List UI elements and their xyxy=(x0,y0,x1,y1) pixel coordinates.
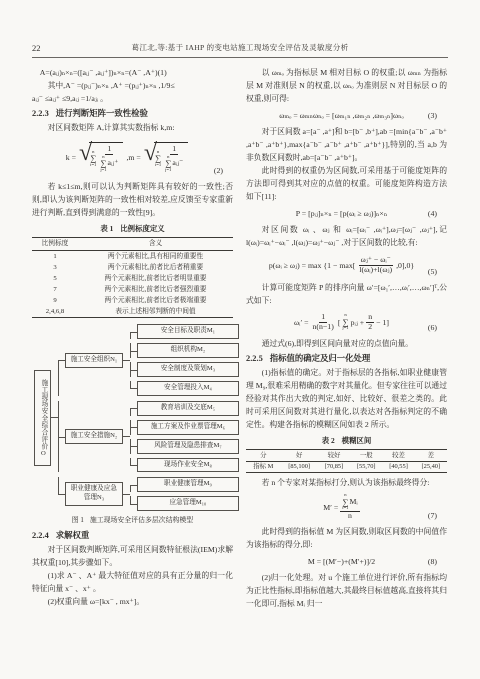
section-heading-2-2-4: 2.2.4 求解权重 xyxy=(32,529,233,542)
paragraph-indicator-value: (1)指标值的确定。对于指标层的各指标,如职业健康管理 M₉,很难采用精确的数字… xyxy=(246,366,447,431)
paragraph-interval-mult: 对于区间数 a=[a⁻ ,a⁺]和 b=[b⁻ ,b⁺],ab =[min{a⁻… xyxy=(246,125,447,164)
column-header: 分 xyxy=(246,450,281,462)
connector-line xyxy=(123,360,130,361)
table-2-caption: 表 2模糊区间 xyxy=(246,434,447,447)
cell: 两个元素相比,前者比后者强烈重要 xyxy=(78,284,233,295)
table-1-caption: 表 1比例标度定义 xyxy=(32,222,233,235)
leaf-node: 教育培训及交底M₅ xyxy=(137,401,239,416)
branch-n1: 施工安全组织N₁ 安全目标及职责M₁ 组织机构M₂ 安全制度及策划M₃ 安全管理… xyxy=(58,324,239,396)
left-column: A=(aᵢⱼ)ₙ×ₙ=([aᵢⱼ⁻ ,aᵢⱼ⁺])ₙ×ₙ=(A⁻ ,A⁺)(1)… xyxy=(32,66,233,610)
paragraph-consistency: 若 k≤1≤m,则可以认为判断矩阵具有较好的一致性;否则,即认为该判断矩阵的一致… xyxy=(32,180,233,219)
section-number: 2.2.3 xyxy=(32,107,49,120)
cell: 9 xyxy=(32,295,78,306)
cell: 表示上述相邻判断的中间值 xyxy=(78,306,233,318)
paragraph-normalize: (2)归一化处理。对 u 个施工单位进行评价,所有指标均为正比性指标,即指标值越… xyxy=(246,571,447,610)
sum: n ∑ j=1 xyxy=(342,313,348,331)
fraction: 1 n ∑ j=1 aᵢⱼ⁺ xyxy=(98,145,120,173)
cell: 两个元素相比,前者比后者稍重要 xyxy=(78,262,233,273)
cell: [70,85] xyxy=(318,461,350,473)
outer-sum: n ∑ i=1 xyxy=(90,150,96,168)
inner-sum: n ∑ j=1 xyxy=(100,155,106,173)
table-row: 9两个元素相比,前者比后者极端重要 xyxy=(32,295,233,306)
formula-1-line3: aᵢⱼ⁻ ≤aᵢⱼ⁺ ≤9,aᵢⱼ =1/aⱼᵢ 。 xyxy=(32,92,233,105)
fraction: 1 n(n−1) xyxy=(311,313,336,332)
connector-line xyxy=(123,494,130,495)
fraction: 1 n ∑ j=1 aᵢⱼ⁻ xyxy=(163,145,185,173)
inner-sum: n ∑ j=1 xyxy=(165,155,171,173)
column-header: 较好 xyxy=(318,450,350,462)
leaf-row: 应急管理M₁₀ xyxy=(130,496,239,511)
branch-node: 施工安全措施N₂ xyxy=(65,429,123,444)
table-1: 比例标度 含义 1两个元素相比,具有相同的重要性 3两个元素相比,前者比后者稍重… xyxy=(32,237,233,318)
branch-n2: 施工安全措施N₂ 教育培训及交底M₅ 施工方案及作业票管理M₆ 风险管理及隐患排… xyxy=(58,401,239,473)
formula-2-m-lhs: ,m = xyxy=(126,151,140,164)
cell: 5 xyxy=(32,273,78,284)
leaf-row: 职业健康管理M₉ xyxy=(130,477,239,492)
page-header: 22 葛江北,等:基于 IAHP 的变电站施工现场安全评估及灵敏度分析 xyxy=(32,42,448,58)
formula-6: ωᵢ′ = 1 n(n−1) [ n ∑ j=1 pᵢⱼ + n 2 − 1] … xyxy=(246,310,437,334)
leaf-row: 安全管理投入M₄ xyxy=(130,381,239,396)
leaf-row: 教育培训及交底M₅ xyxy=(130,401,239,416)
page-number: 22 xyxy=(32,43,72,53)
paragraph-step2: (2)权重向量 ω=[kx⁻ , mx⁺]。 xyxy=(32,595,233,608)
formula-4: P = [pᵢⱼ]ₙ×ₙ = [p(ωᵢ ≥ ωⱼ)]ₙ×ₙ (4) xyxy=(246,206,437,220)
cell: [85,100] xyxy=(281,461,318,473)
branch-node: 施工安全组织N₁ xyxy=(65,353,123,368)
table-row: 5两个元素相比,前者比后者明显重要 xyxy=(32,273,233,284)
leaf-node: 安全制度及策划M₃ xyxy=(137,362,239,377)
leaf-node: 施工方案及作业票管理M₆ xyxy=(137,420,239,435)
formula-7: M′ = n ∑ i=1 Mᵢ n (7) xyxy=(246,492,437,522)
equation-number: (4) xyxy=(428,207,437,220)
leaf-row: 组织机构M₂ xyxy=(130,343,239,358)
cell: [25,40] xyxy=(415,461,447,473)
leaf-node: 职业健康管理M₉ xyxy=(137,477,239,492)
fraction: ωⱼ⁺ − ωᵢ⁻ l(ωᵢ)+l(ωⱼ) xyxy=(357,256,394,275)
formula-5: p(ωᵢ ≥ ωⱼ) = max {1 − max[ ωⱼ⁺ − ωᵢ⁻ l(ω… xyxy=(246,252,437,278)
cell: [55,70] xyxy=(350,461,382,473)
paragraph-possibility: 此时得到的权重仍为区间数,可采用基于可能度矩阵的方法即可得到其对应的点值的权重。… xyxy=(246,164,447,203)
equation-number: (5) xyxy=(428,265,437,278)
formula-1-line2: 其中,A⁻ =(pᵢⱼ⁻)ₙ×ₙ ,A⁺ =(pᵢⱼ⁺)ₙ×ₙ ,1/9≤ xyxy=(32,79,233,92)
column-header: 比例标度 xyxy=(32,238,78,251)
section-title: 进行判断矩阵一致性检验 xyxy=(56,107,148,120)
leaf-row: 安全制度及策划M₃ xyxy=(130,362,239,377)
paragraph-experts: 若 n 个专家对某指标打分,则认为该指标最终得分: xyxy=(246,476,447,489)
section-title: 求解权重 xyxy=(56,529,90,542)
fraction: n ∑ i=1 Mᵢ n xyxy=(340,493,359,521)
paragraph-mid-value: 此时得到的指标值 M 为区间数,则取区间数的中间值作为该指标的得分,即: xyxy=(246,525,447,551)
table-row: 1两个元素相比,具有相同的重要性 xyxy=(32,251,233,263)
column-header: 好 xyxy=(281,450,318,462)
leaf-row: 风险管理及隐患排查M₇ xyxy=(130,439,239,454)
table-row: 3两个元素相比,前者比后者稍重要 xyxy=(32,262,233,273)
section-number: 2.2.5 xyxy=(246,352,263,365)
leaf-node: 组织机构M₂ xyxy=(137,343,239,358)
section-number: 2.2.4 xyxy=(32,529,49,542)
cell: 3 xyxy=(32,262,78,273)
equation-number: (3) xyxy=(428,109,437,122)
equation-number: (2) xyxy=(214,164,223,177)
leaf-node: 现场作业安全M₈ xyxy=(137,458,239,473)
paragraph-rank-vector: 计算可能度矩阵 P 的排序向量 ω′=[ω₁′,…,ωᵢ′,…,ωₙ′]ᵀ,公式… xyxy=(246,281,447,307)
running-title: 葛江北,等:基于 IAHP 的变电站施工现场安全评估及灵敏度分析 xyxy=(72,42,408,53)
sqrt-k: √ n ∑ i=1 1 n ∑ xyxy=(79,142,123,173)
two-column-body: A=(aᵢⱼ)ₙ×ₙ=([aᵢⱼ⁻ ,aᵢⱼ⁺])ₙ×ₙ=(A⁻ ,A⁺)(1)… xyxy=(32,66,448,610)
paragraph-k-m-intro: 对区间数矩阵 A,计算其实数指标 k,m: xyxy=(32,121,233,134)
branch-node: 职业健康及应急管理N₃ xyxy=(65,482,123,506)
outer-sum: n ∑ i=1 xyxy=(155,150,161,168)
equation-number: (6) xyxy=(428,321,437,334)
cell: 两个元素相比,具有相同的重要性 xyxy=(78,251,233,263)
column-header: 含义 xyxy=(78,238,233,251)
cell: 指标 M xyxy=(246,461,281,473)
cell: 7 xyxy=(32,284,78,295)
leaf-row: 施工方案及作业票管理M₆ xyxy=(130,420,239,435)
equation-number: (8) xyxy=(428,555,437,568)
connector-line xyxy=(123,436,130,437)
figure-1-tree-diagram: 施工现场安全综合评价O 施工安全组织N₁ 安全目标及职责M₁ 组织机构M₂ 安全… xyxy=(34,324,233,511)
table-2: 分 好 较好 一般 较差 差 指标 M [85,100] [70,85] [55… xyxy=(246,449,447,473)
cell: 两个元素相比,前者比后者明显重要 xyxy=(78,273,233,284)
connector-line xyxy=(51,417,58,418)
leaf-row: 安全目标及职责M₁ xyxy=(130,324,239,339)
section-heading-2-2-3: 2.2.3 进行判断矩阵一致性检验 xyxy=(32,107,233,120)
cell: [40,55] xyxy=(382,461,414,473)
paper-page: 22 葛江北,等:基于 IAHP 的变电站施工现场安全评估及灵敏度分析 A=(a… xyxy=(0,0,480,679)
figure-1-caption: 图 1施工现场安全评估多层次结构模型 xyxy=(32,514,233,527)
figure-root-node: 施工现场安全综合评价O xyxy=(34,370,51,467)
leaf-node: 应急管理M₁₀ xyxy=(137,496,239,511)
right-column: 以 ωₘₒ 为指标层 M 相对目标 O 的权重;以 ωₘₙ 为指标层 M 对准则… xyxy=(246,66,447,610)
paragraph-via-6: 通过式(6),即得到区间向量对应的点值向量。 xyxy=(246,337,447,350)
sum: n ∑ i=1 xyxy=(342,493,348,511)
cell: 两个元素相比,前者比后者极端重要 xyxy=(78,295,233,306)
paragraph-compare: 对区间数 ωᵢ 、ωⱼ 和 ωᵢ=[ωᵢ⁻ ,ωᵢ⁺],ωⱼ=[ωⱼ⁻ ,ωⱼ⁺… xyxy=(246,223,447,249)
paragraph-iem: 对于区间数判断矩阵,可采用区间数特征根法(IEM)求解其权重[10],其步骤如下… xyxy=(32,543,233,569)
section-title: 指标值的确定及归一化处理 xyxy=(270,352,371,365)
table-row: 2,4,6,8表示上述相邻判断的中间值 xyxy=(32,306,233,318)
paragraph-step1: (1)求 A⁻ 、A⁺ 最大特征值对应的具有正分量的归一化特征向量 x⁻ 、x⁺… xyxy=(32,569,233,595)
table-row: 指标 M [85,100] [70,85] [55,70] [40,55] [2… xyxy=(246,461,447,473)
fraction: n 2 xyxy=(366,313,374,332)
leaf-row: 现场作业安全M₈ xyxy=(130,458,239,473)
formula-2: k = √ n ∑ i=1 1 n xyxy=(32,137,223,177)
table-row: 7两个元素相比,前者比后者强烈重要 xyxy=(32,284,233,295)
formula-3: ωₘₒ = ωₘₙωₙₒ = [ωₘ₁ₙ ,ωₘ₂ₙ ,ωₘ₃ₙ]ωₙₒ (3) xyxy=(246,108,437,122)
section-heading-2-2-5: 2.2.5 指标值的确定及归一化处理 xyxy=(246,352,447,365)
column-header: 差 xyxy=(415,450,447,462)
leaf-node: 风险管理及隐患排查M₇ xyxy=(137,439,239,454)
column-header: 一般 xyxy=(350,450,382,462)
formula-2-k-lhs: k = xyxy=(66,151,76,164)
leaf-node: 安全目标及职责M₁ xyxy=(137,324,239,339)
cell: 2,4,6,8 xyxy=(32,306,78,318)
sqrt-m: √ n ∑ i=1 1 n ∑ xyxy=(144,142,188,173)
formula-8: M = [(M′−)+(M′+)]/2 (8) xyxy=(246,554,437,568)
equation-number: (7) xyxy=(428,509,437,522)
formula-1-line1: A=(aᵢⱼ)ₙ×ₙ=([aᵢⱼ⁻ ,aᵢⱼ⁺])ₙ×ₙ=(A⁻ ,A⁺)(1) xyxy=(32,66,233,79)
cell: 1 xyxy=(32,251,78,263)
paragraph-weights: 以 ωₘₒ 为指标层 M 相对目标 O 的权重;以 ωₘₙ 为指标层 M 对准则… xyxy=(246,66,447,105)
column-header: 较差 xyxy=(382,450,414,462)
branch-n3: 职业健康及应急管理N₃ 职业健康管理M₉ 应急管理M₁₀ xyxy=(58,477,239,511)
leaf-node: 安全管理投入M₄ xyxy=(137,381,239,396)
